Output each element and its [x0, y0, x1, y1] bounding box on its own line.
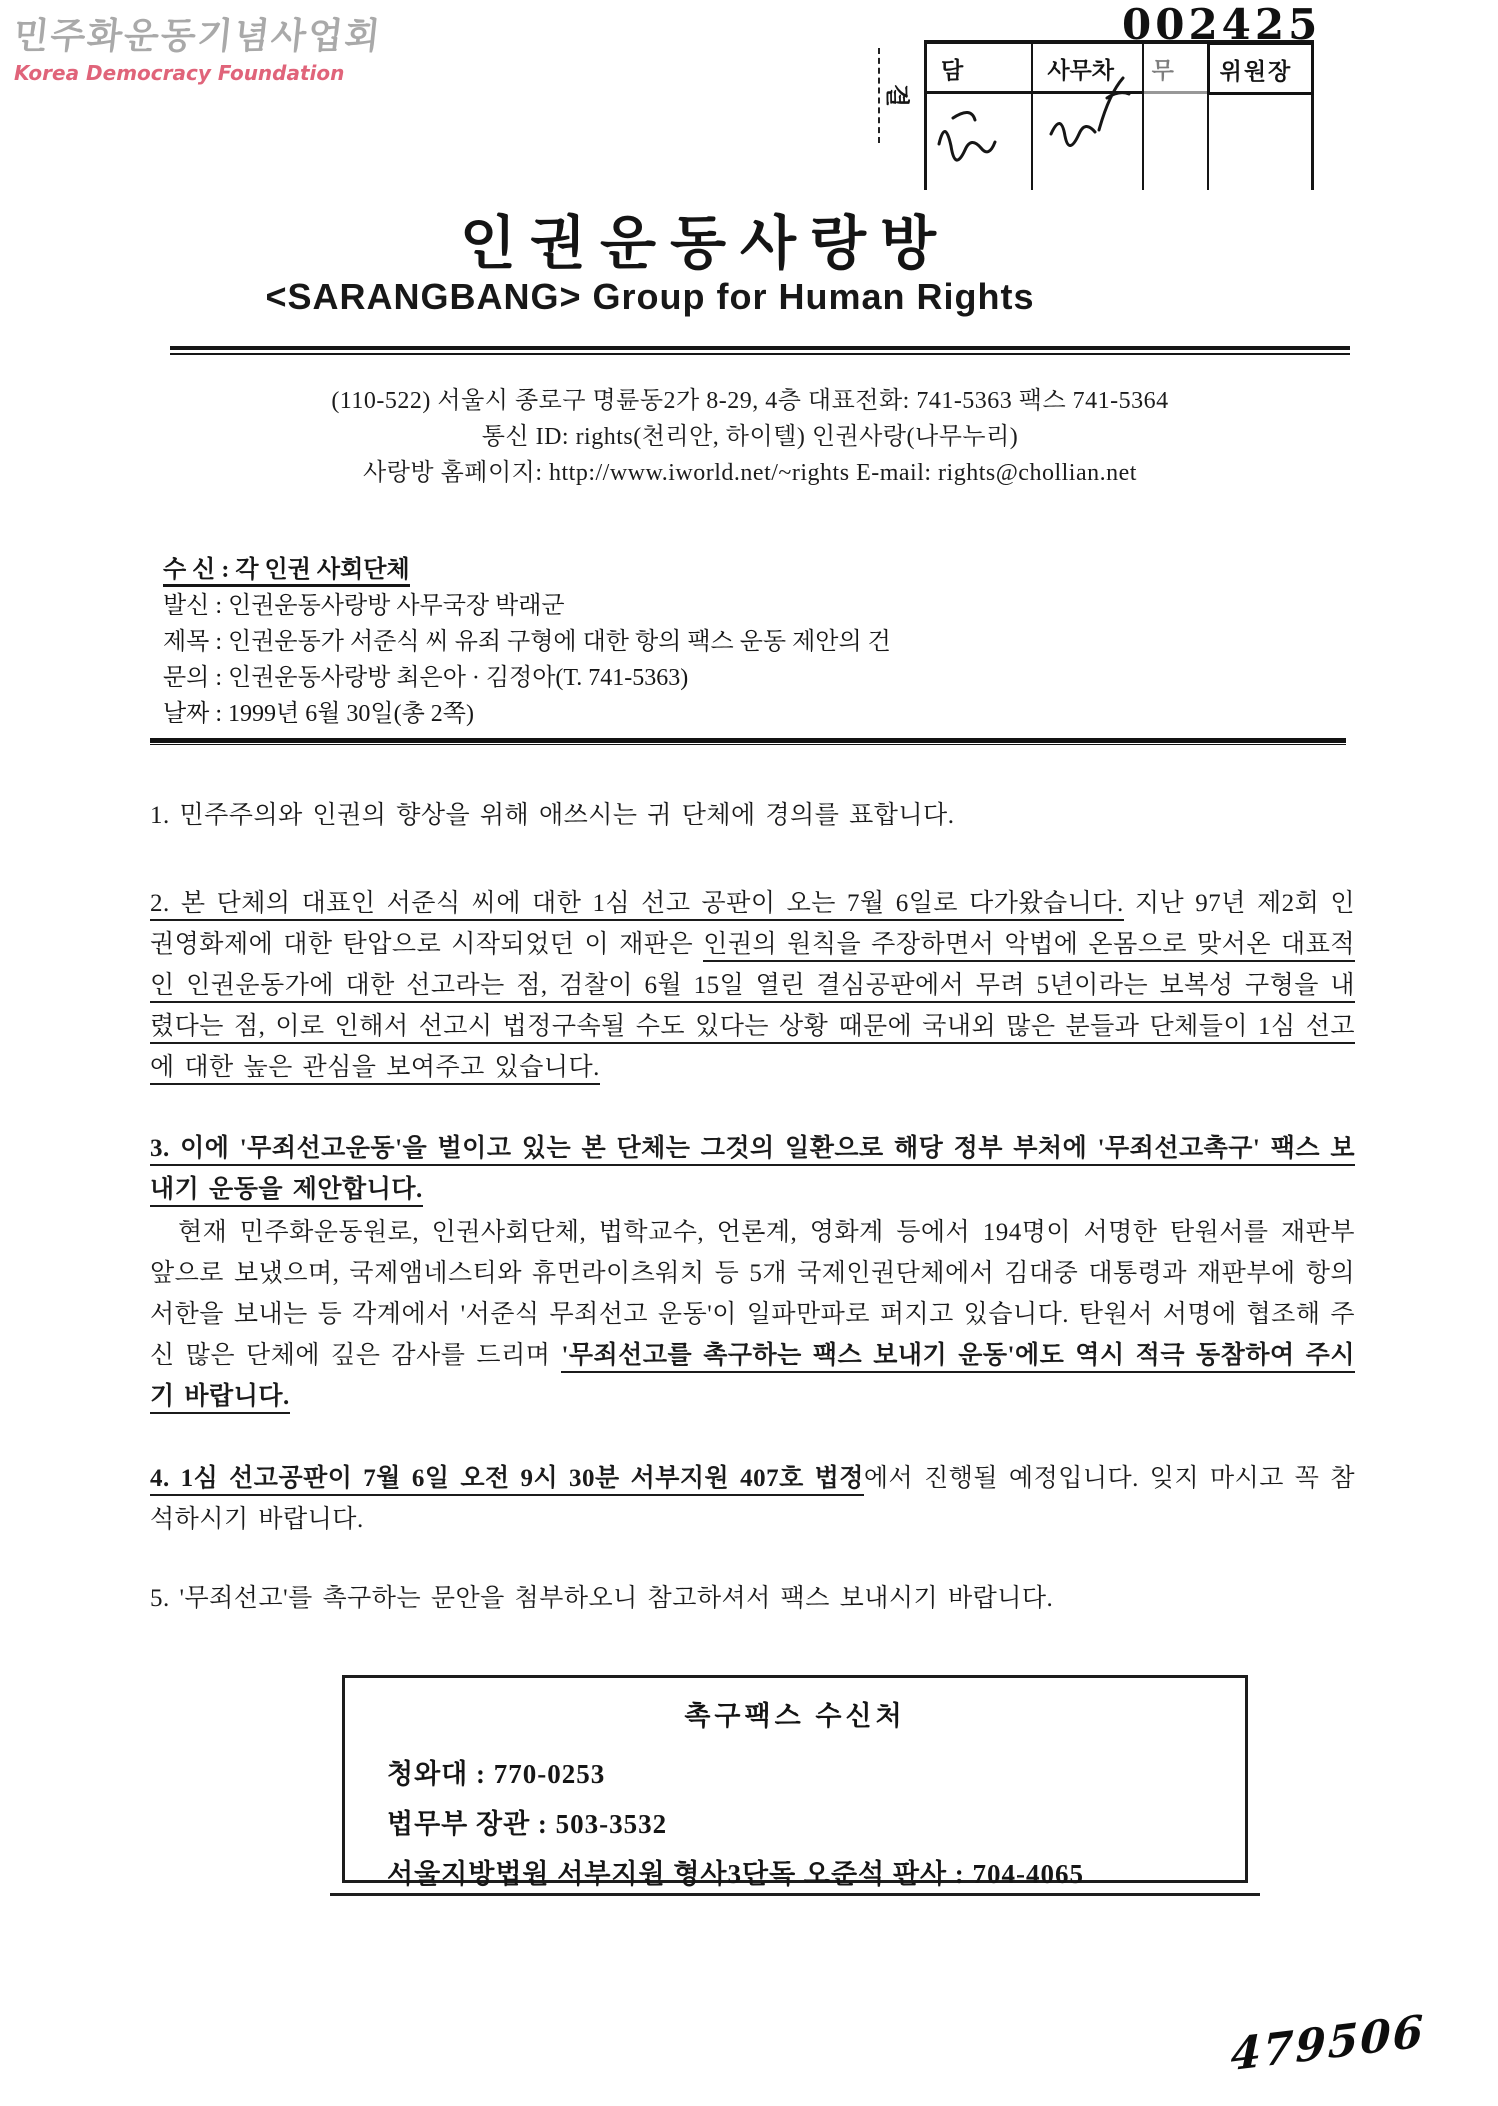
- signature-scribble: [931, 88, 1031, 188]
- meta-subject: 제목 : 인권운동가 서준식 씨 유죄 구형에 대한 항의 팩스 운동 제안의 …: [163, 624, 1363, 660]
- paragraph-3-continuation: 현재 민주화운동원로, 인권사회단체, 법학교수, 언론계, 영화계 등에서 1…: [150, 1212, 1355, 1417]
- text-segment: 1. 민주주의와 인권의 향상을 위해 애쓰시는 귀 단체에 경의를 표합니다.: [150, 802, 954, 829]
- fax-box-bottom-line: [330, 1893, 1260, 1896]
- foundation-logo: 민주화운동기념사업회 Korea Democracy Foundation: [14, 8, 382, 85]
- text-segment: 3. 이에 '무죄선고운동'을 벌이고 있는 본 단체는 그것의 일환으로 해당…: [150, 1135, 1355, 1207]
- approval-column-header: 무: [1144, 44, 1207, 94]
- paragraph-4: 4. 1심 선고공판이 7월 6일 오전 9시 30분 서부지원 407호 법정…: [150, 1458, 1355, 1540]
- paragraph-1: 1. 민주주의와 인권의 향상을 위해 애쓰시는 귀 단체에 경의를 표합니다.: [150, 795, 1355, 836]
- text-segment: 4. 1심 선고공판이 7월 6일 오전 9시 30분 서부지원 407호 법정: [150, 1465, 864, 1496]
- thick-rule-divider: [150, 738, 1346, 745]
- fax-recipients-box: 촉구팩스 수신처 청와대 : 770-0253 법무부 장관 : 503-353…: [342, 1675, 1248, 1883]
- paragraph-3-proposal: 3. 이에 '무죄선고운동'을 벌이고 있는 본 단체는 그것의 일환으로 해당…: [150, 1128, 1355, 1210]
- telecom-id-line: 통신 ID: rights(천리안, 하이텔) 인권사랑(나무누리): [150, 416, 1350, 451]
- fax-entry-bluehouse: 청와대 : 770-0253: [387, 1749, 1245, 1799]
- foundation-logo-english: Korea Democracy Foundation: [14, 61, 382, 85]
- homepage-email-line: 사랑방 홈페이지: http://www.iworld.net/~rights …: [150, 452, 1350, 487]
- approval-column-header: 위원장: [1207, 42, 1314, 95]
- scanned-fax-document: 민주화운동기념사업회 Korea Democracy Foundation 00…: [0, 0, 1498, 2106]
- approval-box-dash-line: [878, 48, 880, 143]
- approval-column-header: 담: [927, 44, 1031, 94]
- organization-subtitle-english: <SARANGBANG> Group for Human Rights: [120, 276, 1180, 318]
- text-segment: 2. 본 단체의 대표인 서준식 씨에 대한 1심 선고 공판이 오는 7월 6…: [150, 890, 1124, 921]
- signature-scribble: [1037, 64, 1147, 174]
- meta-recipient-text: 수 신 : 각 인권 사회단체: [163, 557, 410, 587]
- paragraph-5: 5. '무죄선고'를 촉구하는 문안을 첨부하오니 참고하셔서 팩스 보내시기 …: [150, 1578, 1355, 1619]
- meta-date: 날짜 : 1999년 6월 30일(총 2쪽): [163, 696, 1363, 732]
- approval-column-samucha: 사무차: [1033, 44, 1143, 190]
- approval-column-damdang: 담: [927, 44, 1033, 190]
- handwritten-archive-number: 479506: [1230, 2006, 1425, 2081]
- approval-stamp-table: 담 사무차 무 위원장: [924, 40, 1314, 190]
- meta-sender: 발신 : 인권운동사랑방 사무국장 박래군: [163, 588, 1363, 624]
- meta-recipient: 수 신 : 각 인권 사회단체: [163, 552, 1363, 588]
- fax-entry-justice-minister: 법무부 장관 : 503-3532: [387, 1799, 1245, 1849]
- address-line: (110-522) 서울시 종로구 명륜동2가 8-29, 4층 대표전화: 7…: [150, 380, 1350, 415]
- double-rule-divider: [170, 346, 1350, 355]
- text-segment: 5. '무죄선고'를 촉구하는 문안을 첨부하오니 참고하셔서 팩스 보내시기 …: [150, 1585, 1053, 1612]
- approval-column-chairman: 위원장: [1209, 44, 1311, 190]
- approval-box-side-label: 결: [882, 84, 917, 107]
- fax-entry-court-judge: 서울지방법원 서부지원 형사3단독 오준석 판사 : 704-4065: [387, 1849, 1245, 1899]
- meta-contact: 문의 : 인권운동사랑방 최은아 · 김정아(T. 741-5363): [163, 660, 1363, 696]
- fax-box-entries: 청와대 : 770-0253 법무부 장관 : 503-3532 서울지방법원 …: [387, 1749, 1245, 1899]
- document-meta-block: 수 신 : 각 인권 사회단체 발신 : 인권운동사랑방 사무국장 박래군 제목…: [163, 552, 1363, 732]
- organization-title: 인권운동사랑방: [150, 196, 1260, 280]
- paragraph-2: 2. 본 단체의 대표인 서준식 씨에 대한 1심 선고 공판이 오는 7월 6…: [150, 883, 1355, 1088]
- fax-box-title: 촉구팩스 수신처: [345, 1694, 1245, 1733]
- approval-column-faint: 무: [1144, 44, 1209, 190]
- foundation-logo-korean: 민주화운동기념사업회: [11, 8, 384, 59]
